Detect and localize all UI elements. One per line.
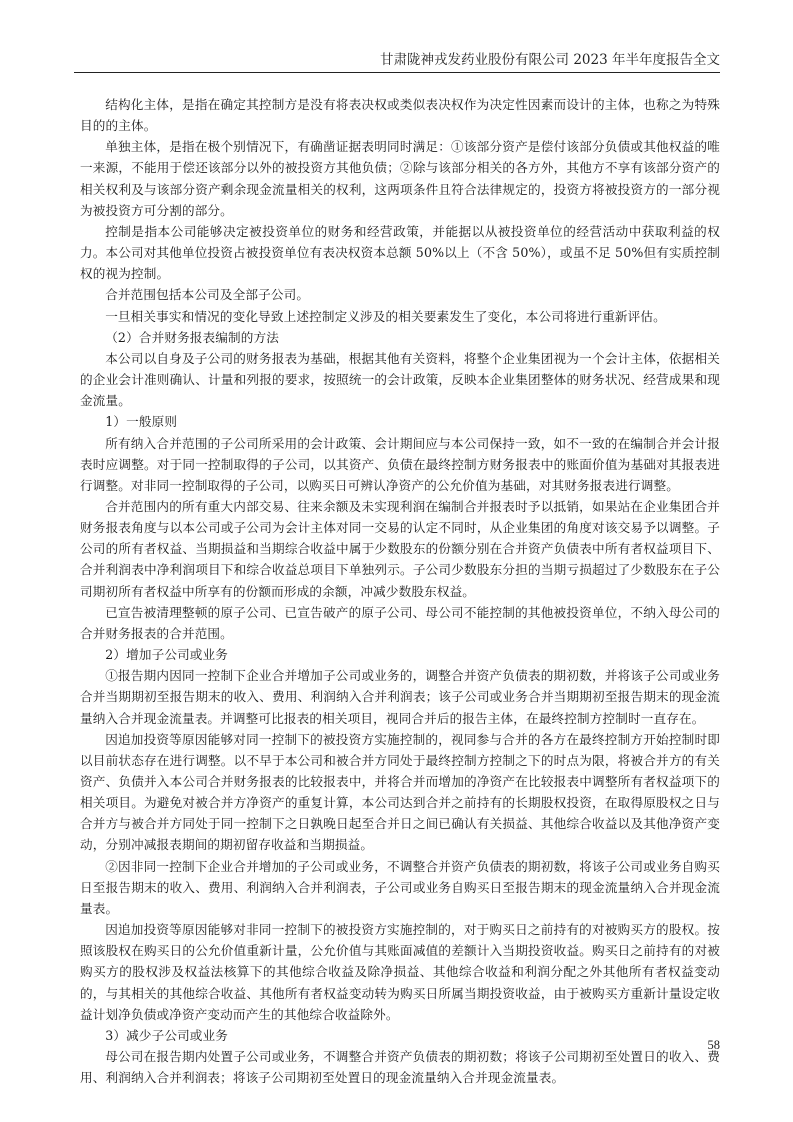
- subsection-heading: 3）减少子公司或业务: [80, 1025, 720, 1046]
- paragraph: 合并范围包括本公司及全部子公司。: [80, 284, 720, 305]
- paragraph: ①报告期内因同一控制下企业合并增加子公司或业务的，调整合并资产负债表的期初数，并…: [80, 665, 720, 728]
- paragraph: 本公司以自身及子公司的财务报表为基础，根据其他有关资料，将整个企业集团视为一个会…: [80, 348, 720, 411]
- paragraph: 已宣告被清理整顿的原子公司、已宣告破产的原子公司、母公司不能控制的其他被投资单位…: [80, 602, 720, 644]
- paragraph: 控制是指本公司能够决定被投资单位的财务和经营政策，并能据以从被投资单位的经营活动…: [80, 221, 720, 284]
- paragraph: 所有纳入合并范围的子公司所采用的会计政策、会计期间应与本公司保持一致，如不一致的…: [80, 433, 720, 496]
- page-number: 58: [690, 1038, 720, 1053]
- document-page: 甘肃陇神戎发药业股份有限公司 2023 年半年度报告全文 结构化主体，是指在确定…: [0, 0, 793, 1122]
- subsection-heading: 2）增加子公司或业务: [80, 644, 720, 665]
- body-text: 结构化主体，是指在确定其控制方是没有将表决权或类似表决权作为决定性因素而设计的主…: [80, 94, 720, 1088]
- paragraph: ②因非同一控制下企业合并增加的子公司或业务，不调整合并资产负债表的期初数，将该子…: [80, 856, 720, 919]
- subsection-heading: 1）一般原则: [80, 411, 720, 432]
- section-heading: （2）合并财务报表编制的方法: [80, 327, 720, 348]
- paragraph: 母公司在报告期内处置子公司或业务，不调整合并资产负债表的期初数；将该子公司期初至…: [80, 1046, 720, 1088]
- running-header: 甘肃陇神戎发药业股份有限公司 2023 年半年度报告全文: [74, 50, 720, 73]
- paragraph: 因追加投资等原因能够对非同一控制下的被投资方实施控制的，对于购买日之前持有的对被…: [80, 919, 720, 1025]
- paragraph: 单独主体，是指在极个别情况下，有确凿证据表明同时满足：①该部分资产是偿付该部分负…: [80, 136, 720, 221]
- paragraph: 结构化主体，是指在确定其控制方是没有将表决权或类似表决权作为决定性因素而设计的主…: [80, 94, 720, 136]
- paragraph: 合并范围内的所有重大内部交易、往来余额及未实现利润在编制合并报表时予以抵销，如果…: [80, 496, 720, 602]
- paragraph: 一旦相关事实和情况的变化导致上述控制定义涉及的相关要素发生了变化，本公司将进行重…: [80, 306, 720, 327]
- paragraph: 因追加投资等原因能够对同一控制下的被投资方实施控制的，视同参与合并的各方在最终控…: [80, 729, 720, 856]
